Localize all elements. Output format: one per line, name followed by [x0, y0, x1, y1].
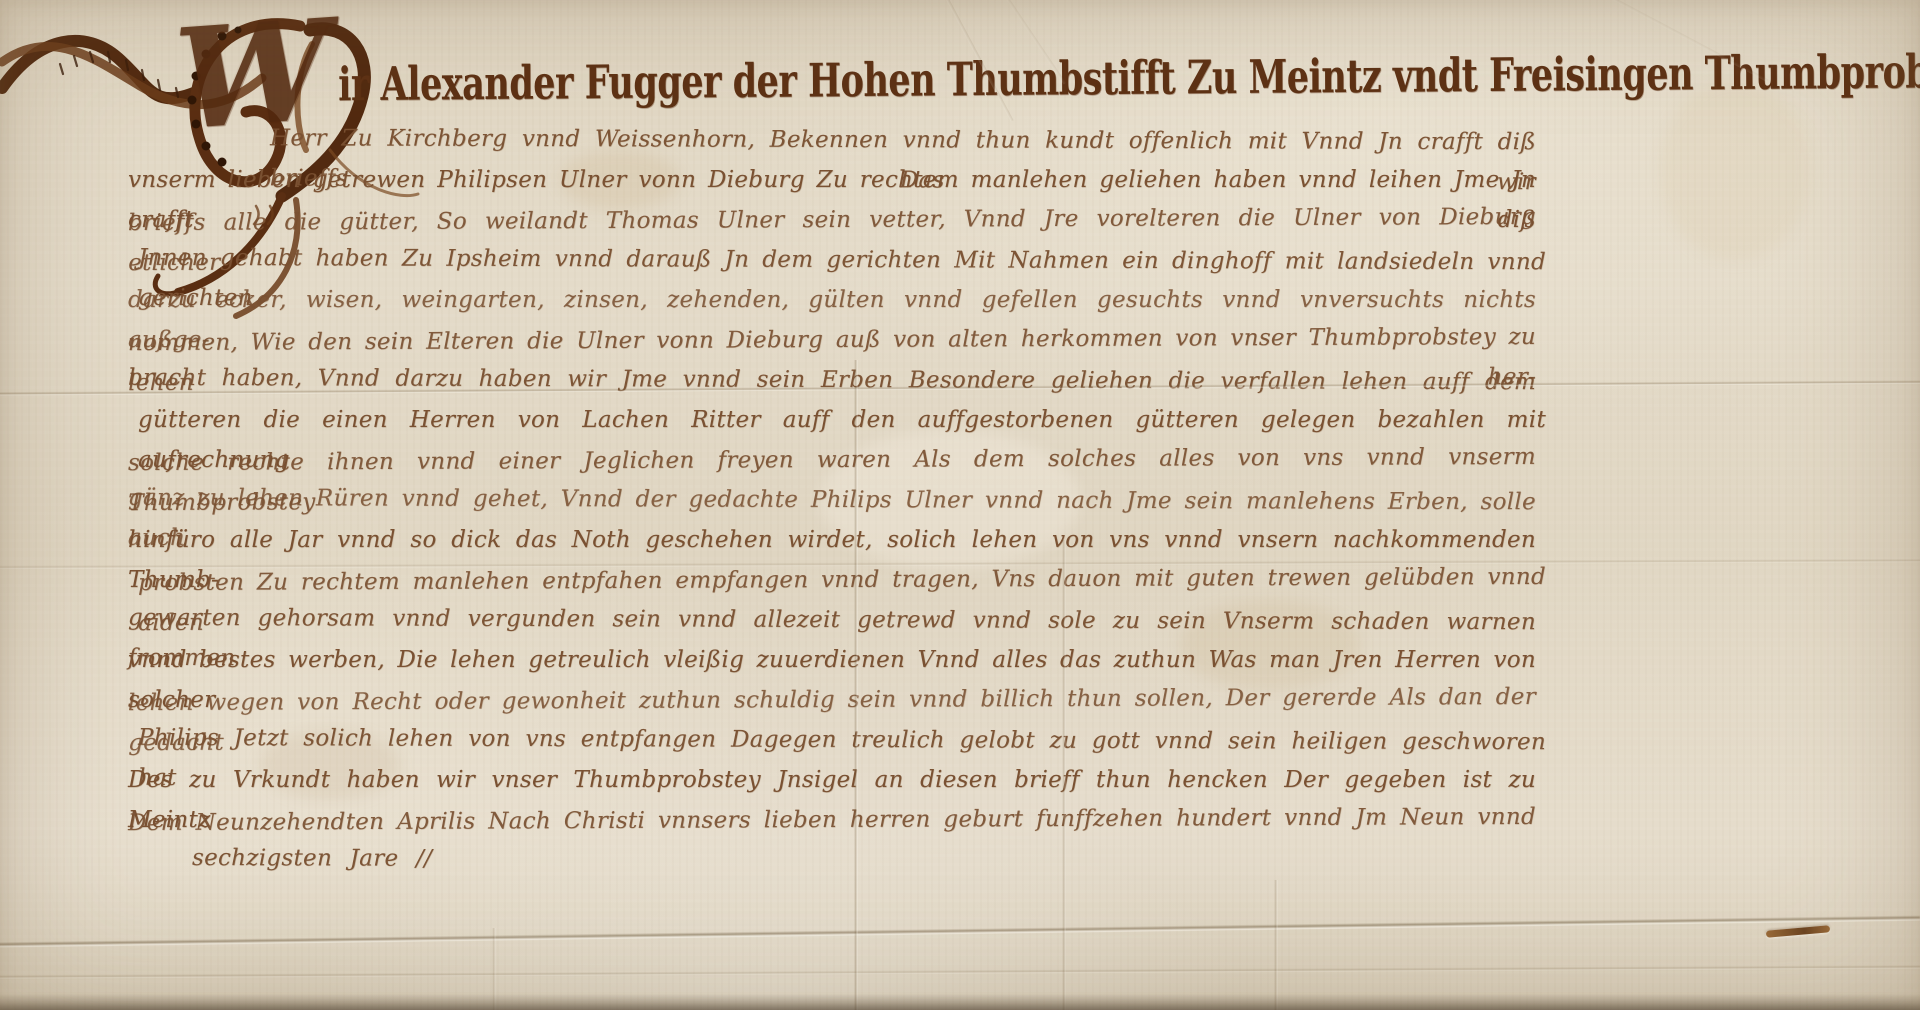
manuscript-line: vnnd bestes werben, Die lehen getreulich…	[128, 640, 1536, 680]
manuscript-line: Des zu Vrkundt haben wir vnser Thumbprob…	[128, 760, 1536, 800]
manuscript-line: lehen wegen von Recht oder gewonheit zut…	[128, 677, 1536, 723]
manuscript-line: Herr Zu Kirchberg vnnd Weissenhorn, Beke…	[128, 118, 1536, 162]
plica-fold-crease	[0, 915, 1920, 948]
manuscript-line: hinfüro alle Jar vnnd so dick das Noth g…	[128, 520, 1536, 560]
manuscript-line-date: sechzigsten Jare //	[128, 838, 1536, 882]
manuscript-line: gänz zu lehen Rüren vnnd gehet, Vnnd der…	[128, 478, 1536, 522]
manuscript-line: bracht haben, Vnnd darzu haben wir Jme v…	[128, 358, 1536, 402]
fold-crease-vertical	[492, 928, 496, 1010]
fold-crease-vertical	[1274, 880, 1278, 1010]
manuscript-line: gewarten gehorsam vnnd vergunden sein vn…	[128, 598, 1536, 642]
plica-fold-crease	[0, 965, 1920, 979]
parchment-sheet: W ir Alexander Fugger der Hohen Thumbsti…	[0, 0, 1920, 1010]
parchment-tear-mark	[1766, 925, 1830, 938]
manuscript-heading: ir Alexander Fugger der Hohen Thumbstiff…	[338, 48, 1543, 112]
manuscript-line: Philips Jetzt solich lehen von vns entpf…	[138, 718, 1546, 762]
parchment-stain	[1660, 80, 1810, 260]
manuscript-body: Herr Zu Kirchberg vnnd Weissenhorn, Beke…	[128, 120, 1536, 880]
manuscript-photo: W ir Alexander Fugger der Hohen Thumbsti…	[0, 0, 1920, 1010]
manuscript-line: solche rechte ihnen vnnd einer Jeglichen…	[128, 437, 1536, 483]
manuscript-line: probsten Zu rechtem manlehen entpfahen e…	[138, 557, 1546, 603]
manuscript-line: gütteren die einen Herren von Lachen Rit…	[138, 400, 1546, 440]
manuscript-line: nommen, Wie den sein Elteren die Ulner v…	[128, 317, 1536, 363]
manuscript-line: brieffs alle die gütter, So weilandt Tho…	[128, 197, 1536, 243]
manuscript-line: Dem Neunzehendten Aprilis Nach Christi v…	[128, 797, 1536, 843]
manuscript-line: darzu ecker, wisen, weingarten, zinsen, …	[128, 280, 1536, 320]
parchment-bottom-edge-shadow	[0, 994, 1920, 1010]
manuscript-line: Jnnen gehabt haben Zu Ipsheim vnnd darau…	[138, 238, 1546, 282]
